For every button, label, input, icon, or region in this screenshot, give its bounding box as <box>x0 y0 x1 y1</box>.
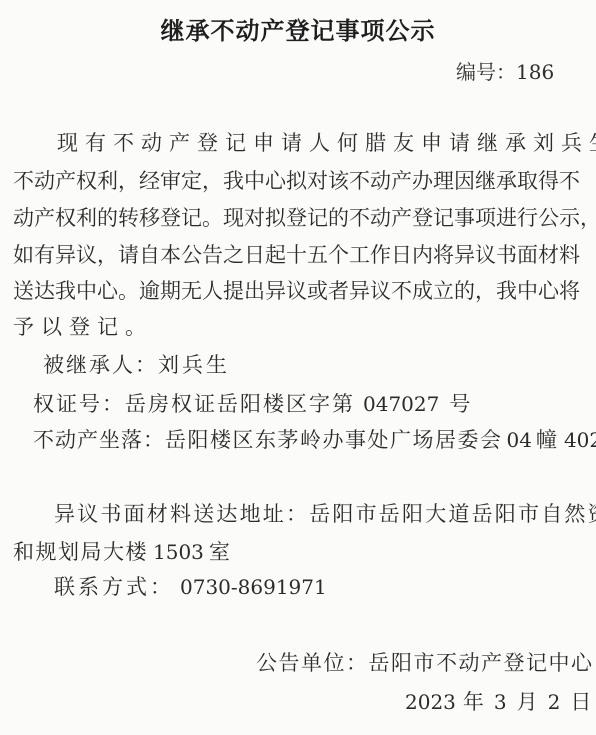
notice-document: 继承不动产登记事项公示 编号：186 现有不动产登记申请人 何腊友 申请继承 刘… <box>0 0 596 735</box>
body-line-1: 现有不动产登记申请人 何腊友 申请继承 刘兵生 的 <box>57 128 578 158</box>
issuer-label: 公告单位： <box>256 651 369 675</box>
date-day-unit: 日 <box>570 690 591 714</box>
objection-address-line2-b: 室 <box>209 540 232 564</box>
contact-row: 联系方式：0730-8691971 <box>54 572 327 602</box>
location-room: 402 <box>564 428 596 452</box>
serial-label: 编号： <box>456 60 516 84</box>
body-line-5: 送达我中心。逾期无人提出异议或者异议不成立的，我中心将 <box>13 276 578 306</box>
objection-address-line2-a: 和规划局大楼 <box>13 540 148 564</box>
certificate-label: 权证号： <box>33 392 125 416</box>
objection-address-row: 异议书面材料送达地址：岳阳市岳阳大道岳阳市自然资源 <box>54 499 596 529</box>
certificate-number: 047027 <box>363 392 439 416</box>
certificate-value-prefix: 岳房权证岳阳楼区字第 <box>125 392 355 416</box>
date-year: 2023 <box>405 690 456 714</box>
document-title: 继承不动产登记事项公示 <box>0 14 596 48</box>
location-row: 不动产坐落：岳阳楼区东茅岭办事处广场居委会04幢402室 <box>33 425 596 455</box>
applicant-name: 何腊友 <box>337 128 421 158</box>
location-value-a: 岳阳楼区东茅岭办事处广场居委会 <box>165 428 503 452</box>
serial-value: 186 <box>516 60 554 84</box>
objection-address-line1: 岳阳市岳阳大道岳阳市自然资源 <box>309 502 596 526</box>
date-row: 2023年3月2日 <box>405 687 591 717</box>
serial-number: 编号：186 <box>456 58 554 86</box>
date-month-unit: 月 <box>517 690 538 714</box>
objection-address-room: 1503 <box>153 540 204 564</box>
date-year-unit: 年 <box>463 690 484 714</box>
contact-phone: 0730-8691971 <box>180 575 327 599</box>
decedent-label: 被继承人： <box>43 353 158 377</box>
location-label: 不动产坐落： <box>33 428 165 452</box>
objection-address-row-2: 和规划局大楼1503室 <box>13 537 231 567</box>
decedent-value: 刘兵生 <box>158 353 230 377</box>
body-line-1-prefix: 现有不动产登记申请人 <box>57 128 337 158</box>
certificate-value-suffix: 号 <box>449 392 472 416</box>
certificate-row: 权证号：岳房权证岳阳楼区字第047027号 <box>33 389 472 419</box>
location-value-b: 幢 <box>536 428 558 452</box>
body-line-1-middle: 申请继承 <box>421 128 533 158</box>
contact-label: 联系方式： <box>54 575 174 599</box>
body-line-2: 不动产权利，经审定，我中心拟对该不动产办理因继承取得不 <box>13 166 578 196</box>
issuer-value: 岳阳市不动产登记中心 <box>369 651 594 675</box>
date-month: 3 <box>494 690 507 714</box>
body-line-3: 动产权利的转移登记。现对拟登记的不动产登记事项进行公示， <box>13 203 578 233</box>
issuer-row: 公告单位：岳阳市不动产登记中心 <box>256 648 594 678</box>
decedent-row: 被继承人：刘兵生 <box>43 350 230 380</box>
date-day: 2 <box>548 690 561 714</box>
objection-address-label: 异议书面材料送达地址： <box>54 502 309 526</box>
location-building: 04 <box>507 428 532 452</box>
body-line-4: 如有异议，请自本公告之日起十五个工作日内将异议书面材料 <box>13 240 578 270</box>
decedent-name: 刘兵生 <box>533 128 596 158</box>
body-line-6: 予以登记。 <box>13 312 153 342</box>
